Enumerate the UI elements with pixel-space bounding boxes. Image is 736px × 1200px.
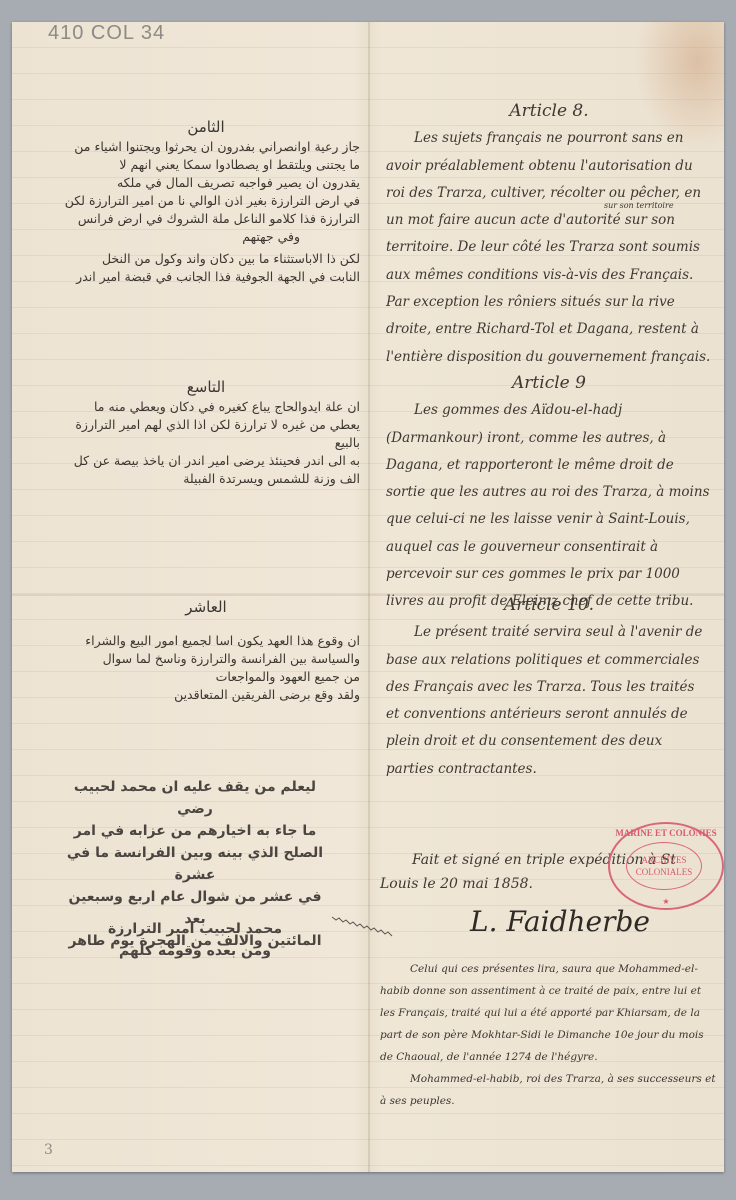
arabic-line: وفي جهتهم [52, 228, 360, 246]
attestation-line: الصلح الذي بينه وبين الفرانسة ما في عشرة [60, 842, 330, 886]
stamp-inner-ring: ARCHIVES COLONIALES [626, 842, 702, 890]
signatory-line: محمد لحبيب امير الترارزة [60, 918, 330, 940]
arabic-line: يقدرون ان يصير فواجبه تصريف المال في ملك… [52, 174, 360, 192]
arabic-heading-8: الثامن [52, 118, 360, 136]
article-10-text: Le présent traité servira seul à l'aveni… [386, 619, 712, 783]
page-number: 3 [44, 1142, 53, 1158]
article-8-text: Les sujets français ne pourront sans en … [386, 125, 712, 371]
stamp-outer-text: MARINE ET COLONIES [610, 828, 722, 838]
squiggle-line [330, 915, 410, 955]
arabic-line: الف وزنة للشمس ويسرتدة الفبيلة [52, 470, 360, 488]
arabic-line: به الى اندر فحينئذ يرضى امير اندر ان ياخ… [52, 452, 360, 470]
arabic-article-10: العاشر ان وقوع هذا العهد يكون اسا لجميع … [52, 598, 360, 704]
french-note: Celui qui ces présentes lira, saura que … [380, 958, 716, 1112]
french-article-8: Article 8. Les sujets français ne pourro… [386, 98, 712, 371]
arabic-article-8: الثامن جاز رعية اوانصراني بفدرون ان يحرث… [52, 118, 360, 286]
arabic-line: من جميع العهود والمواجعات [52, 668, 360, 686]
vertical-fold-line [368, 22, 370, 1172]
arabic-heading-10: العاشر [52, 598, 360, 616]
arabic-signatory: محمد لحبيب امير الترارزة ومن بعده وقومه … [60, 918, 330, 962]
attestation-line: ما جاء به اخيارهم من عزابه في امر [60, 820, 330, 842]
signatory-line: ومن بعده وقومه كلهم [60, 940, 330, 962]
arabic-line: ان علة ايدوالحاج يباع كغيره في دكان ويعط… [52, 398, 360, 416]
arabic-line: والسياسة بين الفرانسة والترارزة وناسخ لم… [52, 650, 360, 668]
stamp-inner-line-2: COLONIALES [627, 866, 701, 878]
arabic-article-9: التاسع ان علة ايدوالحاج يباع كغيره في دك… [52, 378, 360, 488]
article-8-title: Article 8. [386, 98, 712, 125]
arabic-line: ولقد وقع برضى الفريقين المتعاقدين [52, 686, 360, 704]
arabic-line: النابت في الجهة الجوفية فذا الجانب في قب… [52, 268, 360, 286]
archives-stamp: MARINE ET COLONIES ARCHIVES COLONIALES ★ [608, 822, 724, 910]
arabic-line: الترارزة فذا كلامو الناعل ملة الشروك في … [52, 210, 360, 228]
article-9-text: Les gommes des Aïdou-el-hadj (Darmankour… [386, 397, 712, 615]
french-article-10: Article 10. Le présent traité servira se… [386, 592, 712, 783]
arabic-line: لكن ذا الاباستثناء ما بين دكان واند وكول… [52, 250, 360, 268]
note-paragraph-2: Mohammed-el-habib, roi des Trarza, à ses… [380, 1068, 716, 1112]
stamp-inner-line-1: ARCHIVES [627, 854, 701, 866]
archive-call-number: 410 COL 34 [48, 22, 165, 45]
arabic-line: ما يجتنى ويلتقط او يصطادوا سمكا يعني انه… [52, 156, 360, 174]
article-9-title: Article 9 [386, 370, 712, 397]
attestation-line: ليعلم من يقف عليه ان محمد لحبيب رضي [60, 776, 330, 820]
french-article-9: Article 9 Les gommes des Aïdou-el-hadj (… [386, 370, 712, 616]
arabic-line: ان وقوع هذا العهد يكون اسا لجميع امور ال… [52, 632, 360, 650]
arabic-line: يعطي من غيره لا ترارزة لكن اذا الذي لهم … [52, 416, 360, 452]
signature-faidherbe: L. Faidherbe [470, 905, 650, 938]
interlinear-insertion: sur son territoire [604, 201, 674, 210]
note-paragraph-1: Celui qui ces présentes lira, saura que … [380, 958, 716, 1068]
arabic-heading-9: التاسع [52, 378, 360, 396]
arabic-line: جاز رعية اوانصراني بفدرون ان يحرثوا ويجت… [52, 138, 360, 156]
arabic-line: في ارض الترارزة بغير اذن الوالي نا من ام… [52, 192, 360, 210]
article-10-title: Article 10. [386, 592, 712, 619]
star-icon: ★ [610, 897, 722, 906]
